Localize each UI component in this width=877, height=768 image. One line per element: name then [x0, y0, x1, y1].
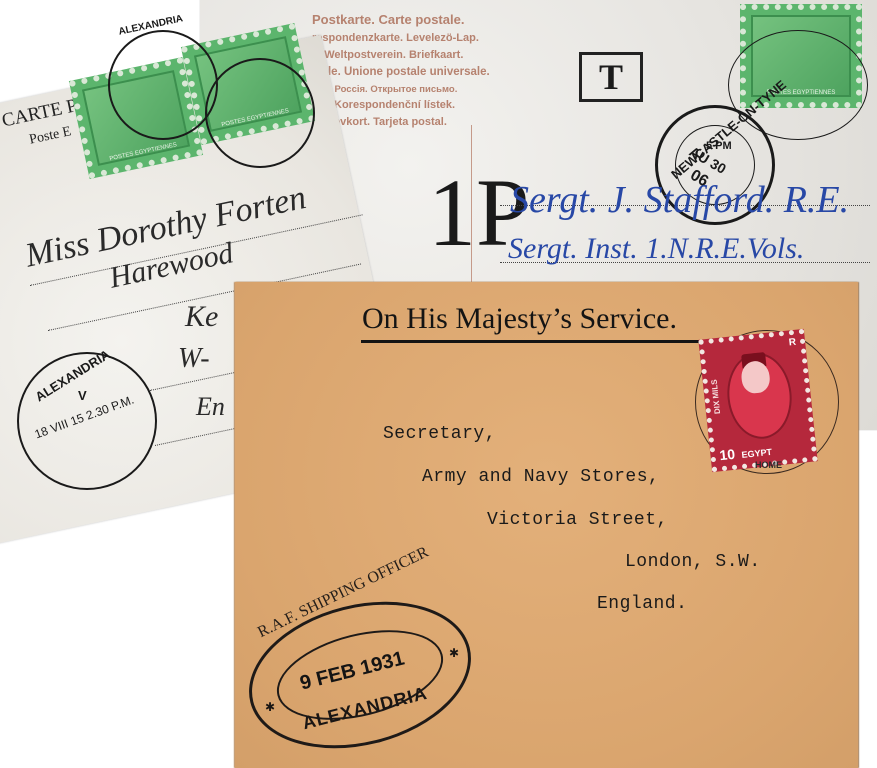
tax-mark-box: T — [579, 52, 643, 102]
star-icon: ✱ — [265, 700, 275, 715]
alexandria-postmark — [108, 30, 218, 140]
stamp-r-mark: R — [788, 337, 796, 349]
ohms-header-underline — [361, 340, 756, 343]
star-icon: ✱ — [449, 646, 459, 661]
envelope-postmark-fragment: HOME — [755, 460, 782, 470]
postkarte-header-line: respondenzkarte. Levelezö-Lap. — [312, 32, 479, 44]
handwritten-address-line: Sergt. Inst. 1.N.R.E.Vols. — [508, 232, 804, 266]
postkarte-header-line: selle. Unione postale universale. — [312, 66, 490, 78]
typed-address-line: England. — [597, 594, 687, 614]
newcastle-postmark-time: 5 PM — [706, 140, 732, 152]
typed-address-line: Army and Navy Stores, — [422, 467, 659, 487]
postkarte-header-line: вон. Россія. Открытое письмо. — [312, 84, 457, 95]
alexandria-postmark — [205, 58, 315, 168]
egypt-king-fuad-stamp: R DIX MILS 10 EGYPT — [698, 329, 817, 472]
stamp-side-text: DIX MILS — [710, 379, 723, 414]
handwritten-address-line: W- — [178, 343, 210, 375]
alexandria-v-postmark-office: V — [78, 388, 87, 403]
typed-address-line: Victoria Street, — [487, 510, 668, 530]
stamp-country: EGYPT — [741, 447, 772, 460]
typed-address-line: London, S.W. — [625, 552, 761, 572]
stamp-value: 10 — [719, 446, 736, 464]
handwritten-address-line: Sergt. J. Stafford. R.E. — [510, 178, 849, 222]
ohms-header: On His Majesty’s Service. — [362, 302, 677, 336]
postkarte-header-line: e. Weltpostverein. Briefkaart. — [312, 49, 463, 61]
ohms-envelope: On His Majesty’s Service. R DIX MILS 10 … — [235, 282, 858, 768]
postkarte-header-line: Postkarte. Carte postale. — [312, 12, 464, 27]
handwritten-address-line: Ke — [185, 300, 218, 334]
typed-address-line: Secretary, — [383, 424, 496, 444]
handwritten-address-line: En — [196, 392, 225, 422]
